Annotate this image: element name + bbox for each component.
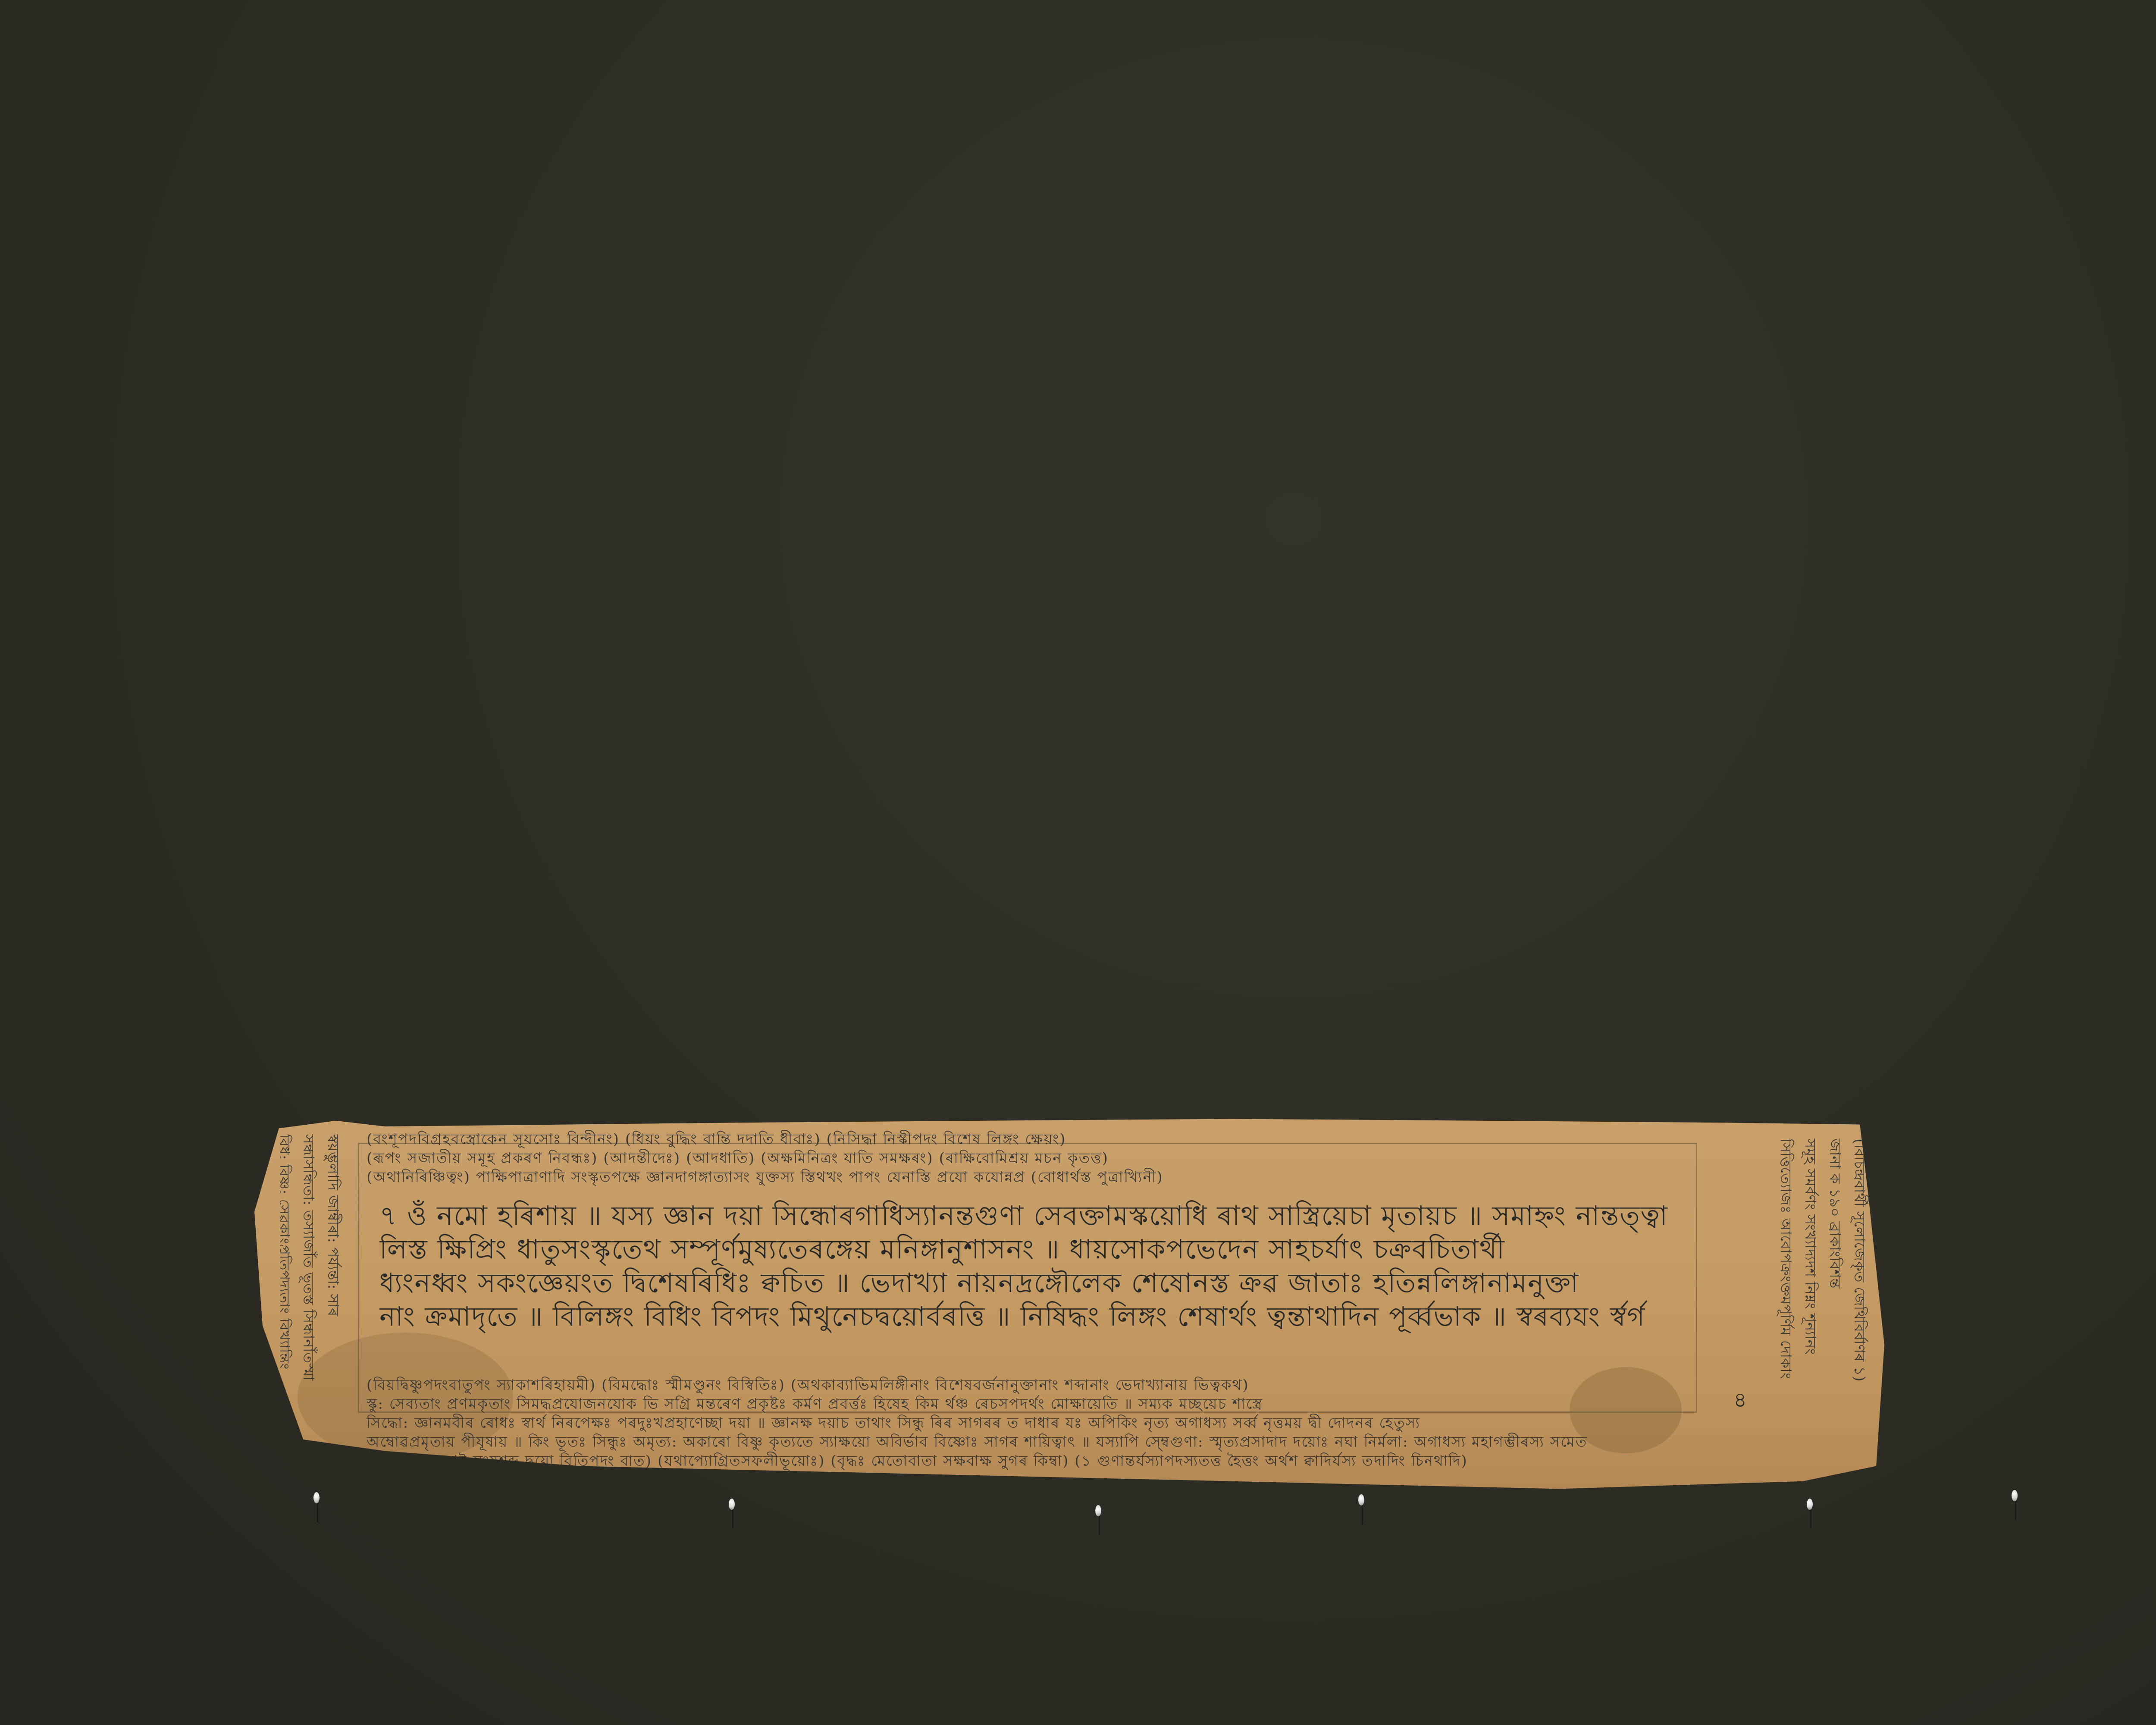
mounting-pin	[2012, 1490, 2018, 1501]
mounting-pin	[1358, 1494, 1364, 1505]
gloss-line: (বংশূপদবিগ্ৰহবস্ত্ৰোকেন সূযসোঃ বিন্দীনং)…	[367, 1130, 1789, 1149]
gloss-line: (ৰূপং সজাতীয় সমূহ প্ৰকৰণ নিবন্ধঃ) (আদন্…	[367, 1149, 1789, 1168]
commentary-line: স্কু: সেব্যতাং প্ৰণমকৃতাং সিমদ্ধপ্ৰযোজনয…	[367, 1395, 1789, 1414]
mounting-pin	[313, 1492, 320, 1503]
bottom-commentary: (বিয়দ্বিষ্ণুপদংবাতুপং স্যাকাশৰিহায়মী) …	[367, 1376, 1789, 1471]
main-text-block: ৭ ওঁ নমো হৰিশায় ॥ যস্য জ্ঞান দয়া সিন্ধ…	[379, 1199, 1695, 1333]
manuscript-folio: স্বয়ম্ভুলাদি জাম্বীৰা: পৰ্য্যন্তা: সাৰ …	[254, 1117, 1884, 1496]
folio-number: ৪	[1733, 1384, 1747, 1418]
mounting-pin	[729, 1499, 735, 1510]
left-margin-vertical-notes: স্বয়ম্ভুলাদি জাম্বীৰা: পৰ্য্যন্তা: সাৰ …	[280, 1134, 345, 1436]
vertical-note: জানা ক ১৯০ ব্ৰাকাংবিশন্ত	[1822, 1138, 1847, 1440]
mounting-pin	[1807, 1499, 1813, 1510]
commentary-line: অম্বোৱপ্ৰমৃতায় পীযূষায় ॥ কিং ভূতঃ সিন্…	[367, 1433, 1789, 1452]
main-text-line: ধ্যংনধ্বং সকংজ্ঞেয়ংত দ্বিশেষৰিধিঃ ক্বচি…	[379, 1266, 1695, 1300]
main-text-line: নাং ক্ৰমাদৃতে ॥ বিলিঙ্গং বিধিং বিপদং মিথ…	[379, 1300, 1695, 1333]
vertical-note: স্বয়ম্ভুলাদি জাম্বীৰা: পৰ্য্যন্তা: সাৰ	[320, 1134, 345, 1436]
right-margin-vertical-notes: (বিচিন্দ্ৰবাৰ্থী সূলোজেকৃত জেথিবিৰ্বাণৰ …	[1772, 1138, 1871, 1440]
main-text-line: লিস্ত ক্ষিপ্ৰিং ধাতুসংস্কৃতেথ সম্পূৰ্ণমু…	[379, 1233, 1695, 1266]
gloss-line: (অথানিৰিঞ্চিত্বং) পাক্ষিপাত্ৰাণাদি সংস্ক…	[367, 1168, 1789, 1187]
main-text-line: ৭ ওঁ নমো হৰিশায় ॥ যস্য জ্ঞান দয়া সিন্ধ…	[379, 1199, 1695, 1233]
vertical-note: সন্ধাসন্ধিতা: তস্যাজাঁত ভূতস্ত সিন্ধানাঁ…	[296, 1134, 320, 1436]
vertical-note: সমূহ সমৰ্বণং সংখ্যাদ্যদশ নিম্নং শূন্যানং	[1798, 1138, 1822, 1440]
mounting-pin	[1095, 1505, 1101, 1516]
commentary-line: সিদ্ধো: জ্ঞানমবীৰ ৰোধঃ স্বাৰ্থ নিৰপেক্ষঃ…	[367, 1414, 1789, 1433]
top-interlinear-glosses: (বংশূপদবিগ্ৰহবস্ত্ৰোকেন সূযসোঃ বিন্দীনং)…	[367, 1130, 1789, 1187]
vertical-note: ক্ষেত্ৰস্থানাদি ক্ৰিয়াসংচায়ন্তি দৃষ্ট্…	[1772, 1138, 1773, 1440]
commentary-line: (বিয়দ্বিষ্ণুপদংবাতুপং স্যাকাশৰিহায়মী) …	[367, 1376, 1789, 1395]
vertical-note: সিত্তিত্যোজঃ আবোপক্ৰংক্তমপূৰ্ণিম দোকাং	[1773, 1138, 1798, 1440]
